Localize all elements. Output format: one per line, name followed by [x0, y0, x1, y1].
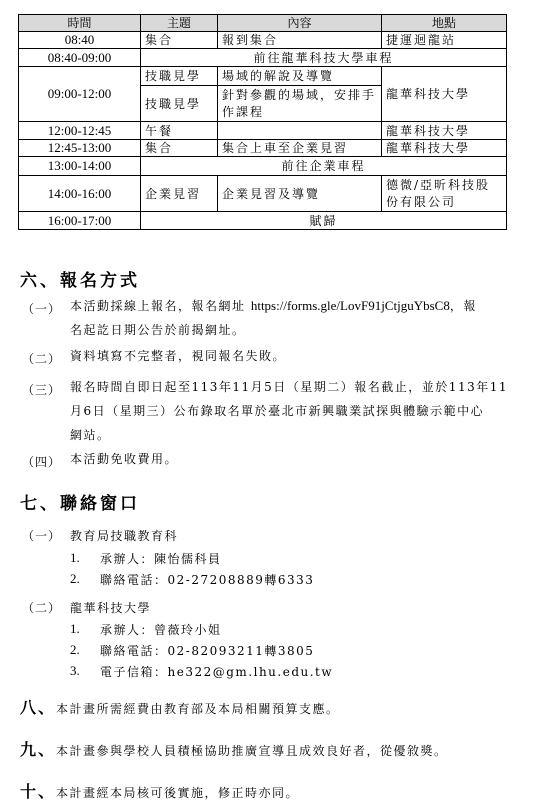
cell-topic: 技職見學: [141, 86, 218, 122]
incomplete-data-text: 資料填寫不完整者，視同報名失敗。: [70, 344, 510, 368]
section-10-text: 本計畫經本局核可後實施，修正時亦同。: [56, 786, 299, 800]
schedule-table: 時間 主題 內容 地點 08:40 集合 報到集合 捷運迴龍站 08:40-09…: [18, 14, 507, 230]
cell-content: [218, 122, 382, 140]
text-line: 報名時間自即日起至113年11月5日（星期二）報名截止，並於113年11: [70, 380, 508, 394]
table-row: 12:45-13:00 集合 集合上車至企業見習 龍華科技大學: [19, 140, 507, 157]
table-row: 08:40 集合 報到集合 捷運迴龍站: [19, 32, 507, 49]
table-row: 12:00-12:45 午餐 龍華科技大學: [19, 122, 507, 140]
cell-location: 龍華科技大學: [382, 122, 507, 140]
cell-location: 龍華科技大學: [382, 67, 507, 122]
cell-topic: 集合: [141, 32, 218, 49]
text-segment: ，報: [450, 299, 477, 313]
table-row: 08:40-09:00 前往龍華科技大學車程: [19, 49, 507, 67]
cell-content: 報到集合: [218, 32, 382, 49]
text-segment: 名起訖日期公告於前揭網址。: [70, 323, 246, 337]
cell-topic: 集合: [141, 140, 218, 157]
list-number: 1.: [70, 621, 80, 637]
registration-period-text: 報名時間自即日起至113年11月5日（星期二）報名截止，並於113年11 月6日…: [70, 375, 510, 447]
group-number: （一）: [22, 527, 61, 544]
section-9-number: 九、: [20, 740, 56, 759]
cell-location: 龍華科技大學: [382, 140, 507, 157]
cell-topic: 技職見學: [141, 67, 218, 86]
cell-time: 13:00-14:00: [19, 157, 141, 176]
cell-time: 09:00-12:00: [19, 67, 141, 122]
cell-span: 前往龍華科技大學車程: [141, 49, 507, 67]
cell-topic: 企業見習: [141, 176, 218, 212]
list-number: 1.: [70, 550, 80, 566]
item-number: （四）: [22, 453, 61, 470]
cell-time: 08:40: [19, 32, 141, 49]
cell-location: 捷運迴龍站: [382, 32, 507, 49]
header-time: 時間: [19, 15, 141, 32]
table-row: 16:00-17:00 賦歸: [19, 212, 507, 230]
table-header-row: 時間 主題 內容 地點: [19, 15, 507, 32]
section-6-heading: 六、報名方式: [20, 266, 140, 291]
list-number: 2.: [70, 571, 80, 587]
contact-phone: 聯絡電話：02-27208889轉6333: [100, 571, 314, 588]
text-segment: 本活動採線上報名，報名網址: [70, 299, 251, 313]
cell-time: 12:00-12:45: [19, 122, 141, 140]
free-of-charge-text: 本活動免收費用。: [70, 447, 510, 471]
registration-method-text: 本活動採線上報名，報名網址 https://forms.gle/LovF91jC…: [70, 294, 510, 342]
cell-content: 針對參觀的場域，安排手作課程: [218, 86, 382, 122]
cell-content: 場域的解說及導覽: [218, 67, 382, 86]
table-row: 09:00-12:00 技職見學 場域的解說及導覽 龍華科技大學: [19, 67, 507, 86]
cell-time: 16:00-17:00: [19, 212, 141, 230]
text-line: 網站。: [70, 428, 111, 442]
table-row: 13:00-14:00 前往企業車程: [19, 157, 507, 176]
text-line: 月6日（星期三）公布錄取名單於臺北市新興職業試探與體驗示範中心: [70, 404, 484, 418]
list-number: 2.: [70, 642, 80, 658]
header-location: 地點: [382, 15, 507, 32]
section-8: 八、本計畫所需經費由教育部及本局相關預算支應。: [20, 695, 340, 718]
section-7-heading: 七、聯絡窗口: [20, 489, 140, 514]
item-number: （一）: [22, 300, 61, 317]
contact-person: 承辦人：曾薇玲小姐: [100, 621, 222, 638]
cell-content: 集合上車至企業見習: [218, 140, 382, 157]
cell-span: 前往企業車程: [141, 157, 507, 176]
cell-time: 12:45-13:00: [19, 140, 141, 157]
section-9: 九、本計畫參與學校人員積極協助推廣宣導且成效良好者，從優敘獎。: [20, 737, 448, 760]
section-8-number: 八、: [20, 698, 56, 717]
cell-span: 賦歸: [141, 212, 507, 230]
contact-person: 承辦人：陳怡儒科員: [100, 550, 222, 567]
section-10: 十、本計畫經本局核可後實施，修正時亦同。: [20, 779, 299, 802]
table-row: 14:00-16:00 企業見習 企業見習及導覽 德微/亞昕科技股份有限公司: [19, 176, 507, 212]
item-number: （二）: [22, 350, 61, 367]
header-content: 內容: [218, 15, 382, 32]
item-number: （三）: [22, 381, 61, 398]
registration-url-link[interactable]: https://forms.gle/LovF91jCtjguYbsC8: [251, 298, 450, 313]
contact-email[interactable]: 電子信箱：he322@gm.lhu.edu.tw: [100, 663, 333, 680]
section-10-number: 十、: [20, 782, 56, 801]
contact-org: 教育局技職教育科: [70, 527, 178, 544]
cell-location: 德微/亞昕科技股份有限公司: [382, 176, 507, 212]
cell-time: 14:00-16:00: [19, 176, 141, 212]
cell-topic: 午餐: [141, 122, 218, 140]
cell-time: 08:40-09:00: [19, 49, 141, 67]
contact-phone: 聯絡電話：02-82093211轉3805: [100, 642, 314, 659]
contact-org: 龍華科技大學: [70, 599, 151, 616]
header-topic: 主題: [141, 15, 218, 32]
section-9-text: 本計畫參與學校人員積極協助推廣宣導且成效良好者，從優敘獎。: [56, 744, 448, 758]
list-number: 3.: [70, 663, 80, 679]
section-8-text: 本計畫所需經費由教育部及本局相關預算支應。: [56, 702, 340, 716]
cell-content: 企業見習及導覽: [218, 176, 382, 212]
group-number: （二）: [22, 599, 61, 616]
